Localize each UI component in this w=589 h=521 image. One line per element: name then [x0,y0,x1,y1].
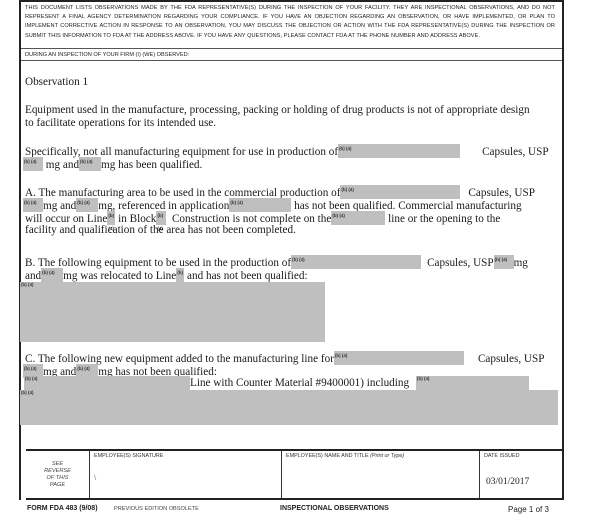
form-frame [19,0,564,500]
redaction-tag: (b) (4) [77,196,90,209]
redaction-tag: (b) (4) [339,142,352,155]
redaction-tag: (b) (4) [24,155,37,168]
text: (Print or Type) [370,453,404,459]
redaction-tag: (b) (4) [341,183,354,196]
redaction: (b) (4) [229,198,291,212]
date-issued-label: Date Issued [484,453,520,459]
divider [21,60,562,61]
previous-edition-note: PREVIOUS EDITION OBSOLETE [114,506,199,512]
text: and has not been qualified: [187,270,308,282]
text: mg and [46,159,79,171]
redaction-tag: (b) (4) [77,362,90,375]
page-number: Page 1 of 3 [508,505,549,514]
redaction: (b)(4) [107,211,115,225]
text: Capsules, USP [482,146,549,158]
text: mg was relocated to Line [63,270,176,282]
redaction: (b) (4) [416,376,529,390]
see-reverse-text: See Reverse of this Page [26,461,89,489]
redaction-tag: (b) (4) [25,376,38,381]
observation-title: Observation 1 [25,76,88,89]
redaction: (b) (4) [340,185,460,199]
item-b-line-2: and(b) (4)mg was relocated to Line(b)(4)… [25,268,308,283]
text: Page [26,482,89,489]
redacted-equipment-list: (b) (4) [20,282,325,342]
name-title-cell[interactable]: Employee(s) Name and Title (Print or Typ… [282,451,480,498]
redaction: (b) (4) [24,376,190,390]
redaction: (b) (4) [331,211,385,225]
redaction-tag: (b) (4) [495,253,508,266]
divider [21,48,562,49]
redaction-tag: (b) (4) [21,282,34,287]
item-c-line-3: Line with Counter Material #9400001) inc… [190,377,409,390]
text: Capsules, USP [478,353,545,365]
observation-summary-line-2: to facilitate operations for its intende… [25,117,216,130]
text: and [25,270,41,282]
redaction: (b) (4) [41,268,63,282]
signature-table: See Reverse of this Page Employee(s) Sig… [26,449,562,500]
text: of this [26,475,89,482]
text: See [26,461,89,468]
specifically-line-2: (b) (4) mg and(b) (4)mg has been qualifi… [25,157,202,172]
form-title: INSPECTIONAL OBSERVATIONS [280,505,389,512]
redaction-tag: (b) (4) [24,362,37,375]
redaction: (b) (4) [76,198,98,212]
redaction: (b) (4) [494,255,514,269]
redaction: (b) (4) [23,198,43,212]
text: line or the opening to the [388,213,500,225]
observation-summary-line-1: Equipment used in the manufacture, proce… [25,104,530,117]
redaction-tag: (b) (4) [42,266,55,279]
see-reverse-cell: See Reverse of this Page [26,451,90,498]
redaction: (b)(4) [156,211,166,225]
text: Capsules, USP [427,257,494,269]
redaction: (b)(4) [176,268,184,282]
redaction: (b) (4) [334,351,464,365]
disclaimer-text: This document lists observations made by… [25,4,555,41]
item-a-line-4: facility and qualification of the area h… [25,224,296,237]
text: Employee(s) Name and Title [286,453,369,459]
redaction-tag: (b) (4) [292,253,305,266]
redaction-tag: (b) (4) [80,155,93,168]
redacted-equipment-list: (b) (4) [20,390,558,425]
redaction-tag: (b) (4) [24,196,37,209]
redaction-tag: (b) (4) [332,209,345,222]
form-id: FORM FDA 483 (9/08) [27,505,98,512]
name-title-label: Employee(s) Name and Title (Print or Typ… [286,453,404,459]
date-issued-cell[interactable]: Date Issued 03/01/2017 [480,451,562,498]
during-inspection-label: During an inspection of your firm (I) (W… [25,52,189,58]
signature-cell[interactable]: Employee(s) Signature \ [90,451,282,498]
redaction: (b) (4) [23,157,43,171]
redaction: (b) (4) [79,157,101,171]
redaction-tag: (b) (4) [335,349,348,362]
redaction-tag: (b) (4) [21,390,34,395]
redaction-tag: (b) (4) [417,376,430,381]
text: mg has been qualified. [101,159,202,171]
signature-label: Employee(s) Signature [94,453,163,459]
redaction: (b) (4) [338,144,460,158]
signature-mark: \ [94,473,96,482]
redaction-tag: (b) (4) [230,196,243,209]
date-issued-value: 03/01/2017 [486,477,529,487]
redaction: (b) (4) [291,255,421,269]
text: mg [514,257,528,269]
text: Reverse [26,468,89,475]
